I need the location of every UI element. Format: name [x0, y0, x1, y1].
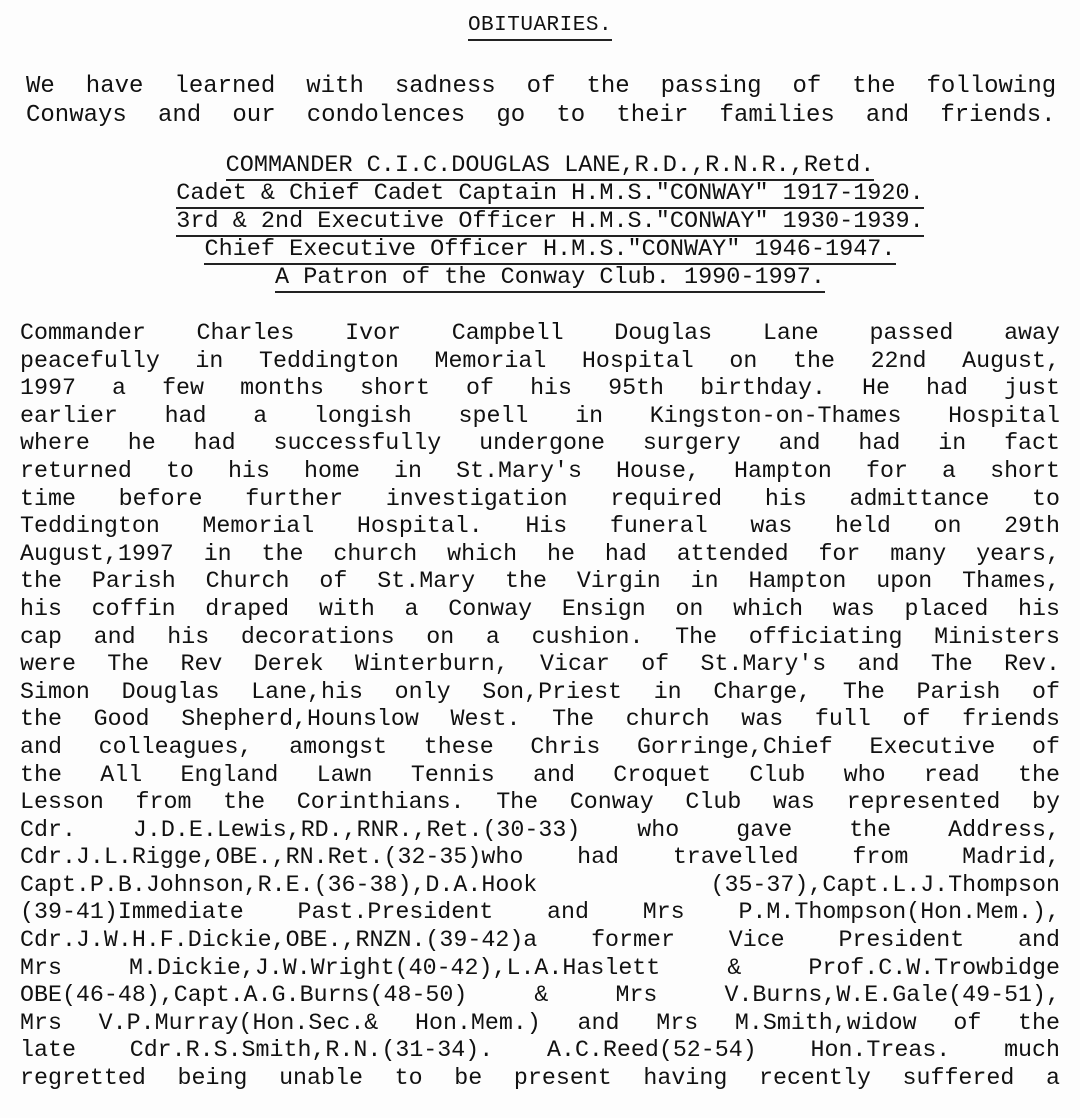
body-line: 1997 a few months short of his 95th birt… — [20, 375, 1060, 403]
obituary-heading: COMMANDER C.I.C.DOUGLAS LANE,R.D.,R.N.R.… — [100, 152, 1000, 292]
body-line: Simon Douglas Lane,his only Son,Priest i… — [20, 679, 1060, 707]
body-line: earlier had a longish spell in Kingston-… — [20, 403, 1060, 431]
body-line: Cdr.J.L.Rigge,OBE.,RN.Ret.(32-35)who had… — [20, 844, 1060, 872]
obituary-body: Commander Charles Ivor Campbell Douglas … — [20, 320, 1060, 1093]
intro-line: Conways and our condolences go to their … — [26, 101, 1056, 130]
body-line: Cdr.J.W.H.F.Dickie,OBE.,RNZN.(39-42)a fo… — [20, 927, 1060, 955]
heading-line: Cadet & Chief Cadet Captain H.M.S."CONWA… — [176, 180, 923, 209]
body-line: returned to his home in St.Mary's House,… — [20, 458, 1060, 486]
body-line: the Parish Church of St.Mary the Virgin … — [20, 568, 1060, 596]
body-line: the Good Shepherd,Hounslow West. The chu… — [20, 706, 1060, 734]
page-title: OBITUARIES. — [0, 14, 1080, 37]
body-line: Commander Charles Ivor Campbell Douglas … — [20, 320, 1060, 348]
body-line: and colleagues, amongst these Chris Gorr… — [20, 734, 1060, 762]
body-line: August,1997 in the church which he had a… — [20, 541, 1060, 569]
document-page: OBITUARIES. We have learned with sadness… — [0, 0, 1080, 1118]
body-line: Mrs V.P.Murray(Hon.Sec.& Hon.Mem.) and M… — [20, 1010, 1060, 1038]
body-line: peacefully in Teddington Memorial Hospit… — [20, 348, 1060, 376]
heading-line: 3rd & 2nd Executive Officer H.M.S."CONWA… — [176, 208, 923, 237]
body-line: (39-41)Immediate Past.President and Mrs … — [20, 899, 1060, 927]
body-line: OBE(46-48),Capt.A.G.Burns(48-50) & Mrs V… — [20, 982, 1060, 1010]
body-line: the All England Lawn Tennis and Croquet … — [20, 762, 1060, 790]
body-line: were The Rev Derek Winterburn, Vicar of … — [20, 651, 1060, 679]
body-line: cap and his decorations on a cushion. Th… — [20, 624, 1060, 652]
body-line: Capt.P.B.Johnson,R.E.(36-38),D.A.Hook (3… — [20, 872, 1060, 900]
body-line: time before further investigation requir… — [20, 486, 1060, 514]
body-line: where he had successfully undergone surg… — [20, 430, 1060, 458]
heading-line: Chief Executive Officer H.M.S."CONWAY" 1… — [204, 236, 895, 265]
body-line: his coffin draped with a Conway Ensign o… — [20, 596, 1060, 624]
body-line: Mrs M.Dickie,J.W.Wright(40-42),L.A.Hasle… — [20, 955, 1060, 983]
body-line: Lesson from the Corinthians. The Conway … — [20, 789, 1060, 817]
intro-paragraph: We have learned with sadness of the pass… — [26, 72, 1056, 130]
body-line: regretted being unable to be present hav… — [20, 1065, 1060, 1093]
body-line: Cdr. J.D.E.Lewis,RD.,RNR.,Ret.(30-33) wh… — [20, 817, 1060, 845]
intro-line: We have learned with sadness of the pass… — [26, 72, 1056, 101]
body-line: late Cdr.R.S.Smith,R.N.(31-34). A.C.Reed… — [20, 1037, 1060, 1065]
heading-line: A Patron of the Conway Club. 1990-1997. — [275, 264, 825, 293]
heading-line: COMMANDER C.I.C.DOUGLAS LANE,R.D.,R.N.R.… — [226, 152, 875, 181]
body-line: Teddington Memorial Hospital. His funera… — [20, 513, 1060, 541]
title-text: OBITUARIES. — [468, 14, 612, 41]
